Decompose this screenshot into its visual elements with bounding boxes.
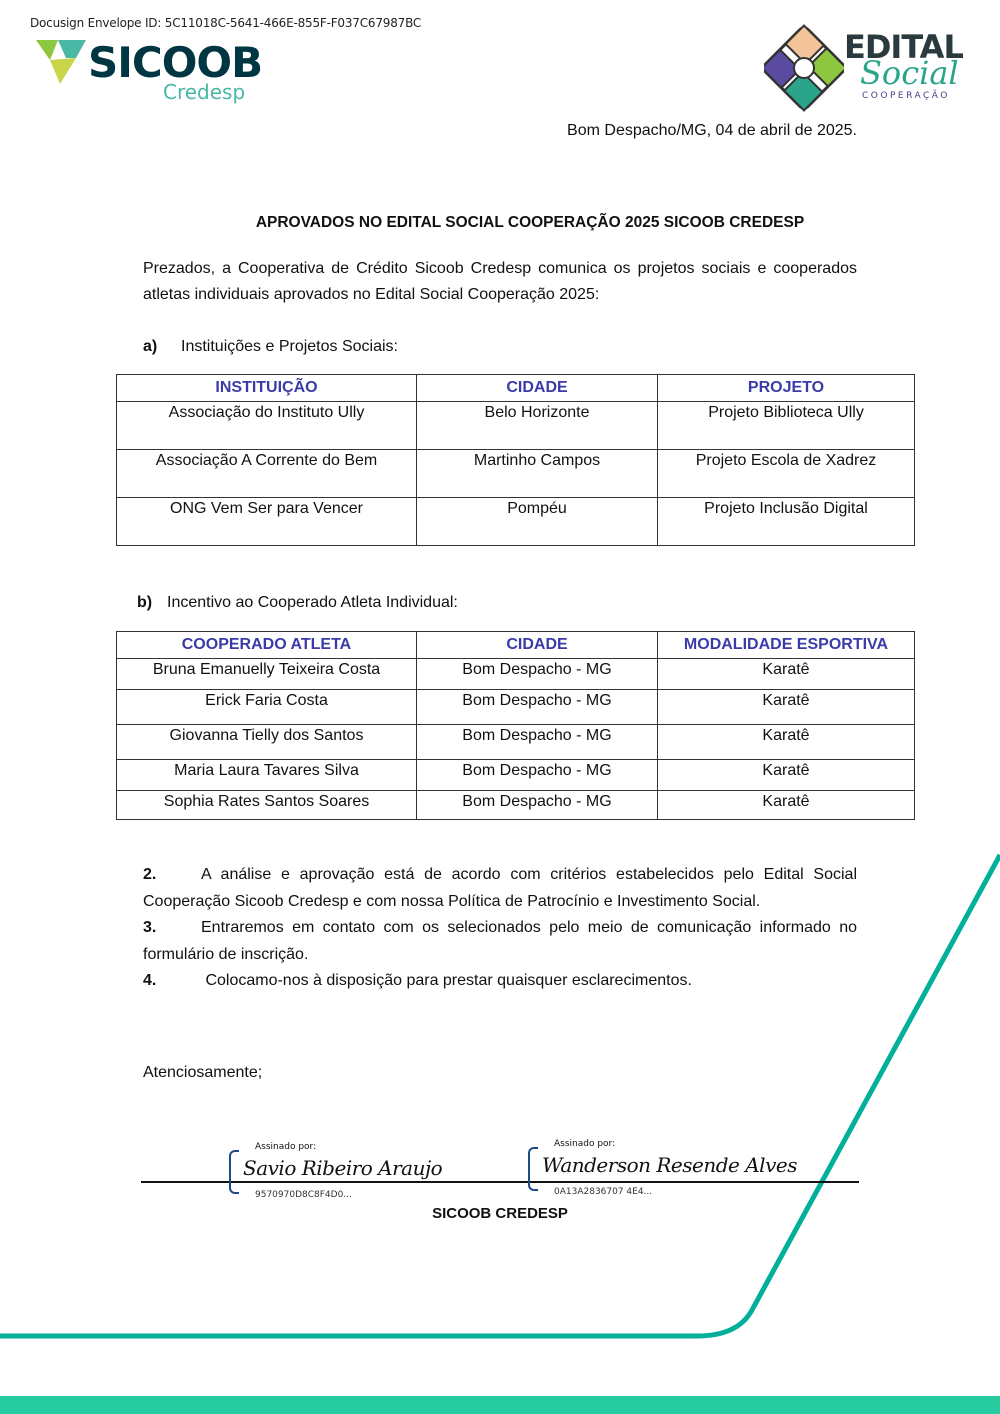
table-row: Maria Laura Tavares Silva Bom Despacho -… bbox=[117, 760, 915, 791]
section-b-marker: b) bbox=[137, 594, 167, 612]
institution-cell: ONG Vem Ser para Vencer bbox=[117, 498, 417, 546]
company-name: SICOOB CREDESP bbox=[0, 1205, 1000, 1222]
column-header: MODALIDADE ESPORTIVA bbox=[658, 632, 915, 659]
section-a-label: Instituições e Projetos Sociais: bbox=[181, 338, 398, 355]
athlete-cell: Erick Faria Costa bbox=[117, 690, 417, 725]
closing-text: Atenciosamente; bbox=[143, 1064, 262, 1082]
table-row: Giovanna Tielly dos Santos Bom Despacho … bbox=[117, 725, 915, 760]
athletes-table: COOPERADO ATLETA CIDADE MODALIDADE ESPOR… bbox=[116, 631, 915, 820]
signature-block[interactable]: Assinado por: Savio Ribeiro Araujo 95709… bbox=[229, 1142, 489, 1202]
signature-hash: 0A13A2836707 4E4... bbox=[554, 1187, 652, 1197]
project-cell: Projeto Biblioteca Ully bbox=[658, 402, 915, 450]
city-cell: Bom Despacho - MG bbox=[417, 690, 658, 725]
table-row: Associação A Corrente do Bem Martinho Ca… bbox=[117, 450, 915, 498]
signature-name: Savio Ribeiro Araujo bbox=[243, 1156, 442, 1180]
project-cell: Projeto Inclusão Digital bbox=[658, 498, 915, 546]
document-date: Bom Despacho/MG, 04 de abril de 2025. bbox=[567, 122, 857, 140]
cooperacao-wordmark: COOPERAÇÃO bbox=[862, 91, 950, 101]
city-cell: Bom Despacho - MG bbox=[417, 760, 658, 791]
city-cell: Pompéu bbox=[417, 498, 658, 546]
column-header: PROJETO bbox=[658, 375, 915, 402]
sport-cell: Karatê bbox=[658, 725, 915, 760]
sport-cell: Karatê bbox=[658, 659, 915, 690]
sicoob-logo: SICOOB Credesp bbox=[36, 38, 256, 104]
city-cell: Martinho Campos bbox=[417, 450, 658, 498]
section-b-heading: b)Incentivo ao Cooperado Atleta Individu… bbox=[137, 594, 458, 612]
paragraph-3: 3.Entraremos em contato com os seleciona… bbox=[143, 915, 857, 968]
signed-by-label: Assinado por: bbox=[255, 1142, 316, 1152]
paragraph-number: 3. bbox=[143, 915, 201, 942]
sicoob-triangle-icon bbox=[36, 38, 88, 86]
city-cell: Bom Despacho - MG bbox=[417, 791, 658, 820]
edital-social-logo: EDITAL Social COOPERAÇÃO bbox=[764, 24, 974, 114]
signed-by-label: Assinado por: bbox=[554, 1139, 615, 1149]
institution-cell: Associação A Corrente do Bem bbox=[117, 450, 417, 498]
paragraph-number: 2. bbox=[143, 862, 201, 889]
sport-cell: Karatê bbox=[658, 690, 915, 725]
section-a-marker: a) bbox=[143, 338, 181, 356]
athlete-cell: Maria Laura Tavares Silva bbox=[117, 760, 417, 791]
table-row: ONG Vem Ser para Vencer Pompéu Projeto I… bbox=[117, 498, 915, 546]
paragraph-text: Colocamo-nos à disposição para prestar q… bbox=[201, 972, 692, 989]
docusign-envelope-id: Docusign Envelope ID: 5C11018C-5641-466E… bbox=[30, 16, 421, 30]
social-wordmark: Social bbox=[860, 54, 959, 92]
paragraph-text: A análise e aprovação está de acordo com… bbox=[143, 866, 857, 910]
city-cell: Bom Despacho - MG bbox=[417, 659, 658, 690]
paragraph-text: Entraremos em contato com os selecionado… bbox=[143, 919, 857, 963]
numbered-paragraphs: 2.A análise e aprovação está de acordo c… bbox=[143, 862, 857, 995]
column-header: CIDADE bbox=[417, 375, 658, 402]
hands-circle-icon bbox=[764, 24, 844, 112]
institution-cell: Associação do Instituto Ully bbox=[117, 402, 417, 450]
athlete-cell: Sophia Rates Santos Soares bbox=[117, 791, 417, 820]
signature-block[interactable]: Assinado por: Wanderson Resende Alves 0A… bbox=[528, 1139, 788, 1199]
signature-bracket-icon bbox=[528, 1147, 538, 1191]
intro-paragraph: Prezados, a Cooperativa de Crédito Sicoo… bbox=[143, 256, 857, 308]
table-row: Sophia Rates Santos Soares Bom Despacho … bbox=[117, 791, 915, 820]
document-title: APROVADOS NO EDITAL SOCIAL COOPERAÇÃO 20… bbox=[0, 214, 1000, 232]
column-header: COOPERADO ATLETA bbox=[117, 632, 417, 659]
table-row: Bruna Emanuelly Teixeira Costa Bom Despa… bbox=[117, 659, 915, 690]
sport-cell: Karatê bbox=[658, 760, 915, 791]
column-header: CIDADE bbox=[417, 632, 658, 659]
institutions-table: INSTITUIÇÃO CIDADE PROJETO Associação do… bbox=[116, 374, 915, 546]
paragraph-4: 4. Colocamo-nos à disposição para presta… bbox=[143, 968, 857, 995]
table-row: Erick Faria Costa Bom Despacho - MG Kara… bbox=[117, 690, 915, 725]
credesp-wordmark: Credesp bbox=[163, 80, 245, 104]
city-cell: Belo Horizonte bbox=[417, 402, 658, 450]
project-cell: Projeto Escola de Xadrez bbox=[658, 450, 915, 498]
signature-bracket-icon bbox=[229, 1150, 239, 1194]
signature-name: Wanderson Resende Alves bbox=[542, 1153, 797, 1177]
athlete-cell: Giovanna Tielly dos Santos bbox=[117, 725, 417, 760]
column-header: INSTITUIÇÃO bbox=[117, 375, 417, 402]
signature-hash: 9570970D8C8F4D0... bbox=[255, 1190, 352, 1200]
table-row: Associação do Instituto Ully Belo Horizo… bbox=[117, 402, 915, 450]
paragraph-number: 4. bbox=[143, 968, 201, 995]
athlete-cell: Bruna Emanuelly Teixeira Costa bbox=[117, 659, 417, 690]
footer-bar bbox=[0, 1396, 1000, 1414]
sport-cell: Karatê bbox=[658, 791, 915, 820]
section-b-label: Incentivo ao Cooperado Atleta Individual… bbox=[167, 594, 458, 611]
city-cell: Bom Despacho - MG bbox=[417, 725, 658, 760]
section-a-heading: a)Instituições e Projetos Sociais: bbox=[143, 338, 398, 356]
paragraph-2: 2.A análise e aprovação está de acordo c… bbox=[143, 862, 857, 915]
